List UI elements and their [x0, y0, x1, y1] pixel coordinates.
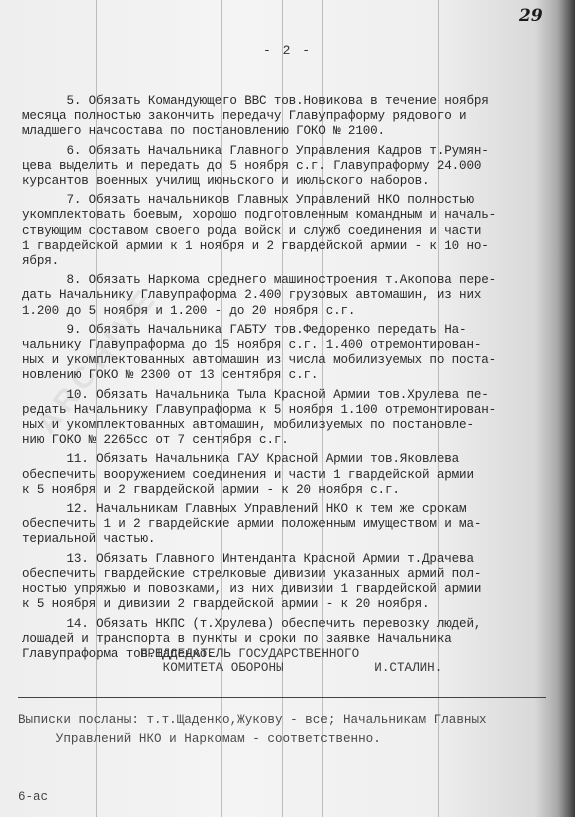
paragraph-line: цева выделить и передать до 5 ноября с.г… [22, 159, 562, 174]
distribution-line: Управлений НКО и Наркомам - соответствен… [18, 730, 487, 749]
paragraph-line: 12. Начальникам Главных Управлений НКО к… [22, 502, 562, 517]
paragraph-line: териальной частью. [22, 532, 562, 547]
decree-paragraph: 5. Обязать Командующего ВВС тов.Новикова… [22, 94, 562, 140]
decree-paragraph: 13. Обязать Главного Интенданта Красной … [22, 552, 562, 613]
document-page: ARCHIVE 29 - 2 - 5. Обязать Командующего… [0, 0, 575, 817]
signature-name: КОМИТЕТА ОБОРОНЫ И.СТАЛИН. [140, 661, 442, 675]
paragraph-line: младшего начсостава по постановлению ГОК… [22, 124, 562, 139]
paragraph-line: 9. Обязать Начальника ГАБТУ тов.Федоренк… [22, 323, 562, 338]
paragraph-line: 1 гвардейской армии к 1 ноября и 2 гвард… [22, 239, 562, 254]
paragraph-line: 8. Обязать Наркома среднего машиностроен… [22, 273, 562, 288]
paragraph-line: к 5 ноября и дивизии 2 гвардейской армии… [22, 597, 562, 612]
distribution-line: Выписки посланы: т.т.Щаденко,Жукову - вс… [18, 711, 487, 730]
paragraph-line: лошадей и транспорта в пункты и сроки по… [22, 632, 562, 647]
paragraph-line: 13. Обязать Главного Интенданта Красной … [22, 552, 562, 567]
paragraph-line: ностью упряжью и повозками, из них дивиз… [22, 582, 562, 597]
paragraph-line: 7. Обязать начальников Главных Управлени… [22, 193, 562, 208]
decree-paragraph: 7. Обязать начальников Главных Управлени… [22, 193, 562, 269]
decree-body: 5. Обязать Командующего ВВС тов.Новикова… [22, 94, 562, 666]
typist-code: 6-ас [18, 790, 48, 804]
decree-paragraph: 11. Обязать Начальника ГАУ Красной Армии… [22, 452, 562, 498]
divider-line [18, 697, 546, 698]
paragraph-line: редать Начальнику Главупраформа к 5 нояб… [22, 403, 562, 418]
paragraph-line: обеспечить гвардейские стрелковые дивизи… [22, 567, 562, 582]
paragraph-line: укомплектовать боевым, хорошо подготовле… [22, 208, 562, 223]
paragraph-line: месяца полностью закончить передачу Глав… [22, 109, 562, 124]
decree-paragraph: 8. Обязать Наркома среднего машиностроен… [22, 273, 562, 319]
paragraph-line: к 5 ноября и 2 гвардейской армии - к 20 … [22, 483, 562, 498]
paragraph-line: 6. Обязать Начальника Главного Управлени… [22, 144, 562, 159]
paragraph-line: ября. [22, 254, 562, 269]
paragraph-line: 1.200 до 5 ноября и 1.200 - до 20 ноября… [22, 304, 562, 319]
paragraph-line: 11. Обязать Начальника ГАУ Красной Армии… [22, 452, 562, 467]
paragraph-line: курсантов военных училищ июньского и июл… [22, 174, 562, 189]
paragraph-line: новлению ГОКО № 2300 от 13 сентября с.г. [22, 368, 562, 383]
paragraph-line: 5. Обязать Командующего ВВС тов.Новикова… [22, 94, 562, 109]
paragraph-line: 14. Обязать НКПС (т.Хрулева) обеспечить … [22, 617, 562, 632]
paragraph-line: дать Начальнику Главупраформа 2.400 груз… [22, 288, 562, 303]
decree-paragraph: 9. Обязать Начальника ГАБТУ тов.Федоренк… [22, 323, 562, 384]
distribution-note: Выписки посланы: т.т.Щаденко,Жукову - вс… [18, 711, 487, 749]
decree-paragraph: 10. Обязать Начальника Тыла Красной Арми… [22, 388, 562, 449]
paragraph-line: чальнику Главупраформа до 15 ноября с.г.… [22, 338, 562, 353]
page-marker: - 2 - [0, 43, 575, 58]
paragraph-line: обеспечить вооружением соединения и част… [22, 468, 562, 483]
paragraph-line: 10. Обязать Начальника Тыла Красной Арми… [22, 388, 562, 403]
paragraph-line: нию ГОКО № 2265сс от 7 сентября с.г. [22, 433, 562, 448]
decree-paragraph: 6. Обязать Начальника Главного Управлени… [22, 144, 562, 190]
paragraph-line: ных и укомплектованных автомашин, мобили… [22, 418, 562, 433]
paragraph-line: ствующим составом своего рода войск и сл… [22, 224, 562, 239]
paragraph-line: ных и укомплектованных автомашин из числ… [22, 353, 562, 368]
paragraph-line: обеспечить 1 и 2 гвардейские армии полож… [22, 517, 562, 532]
archive-page-number: 29 [519, 6, 543, 26]
decree-paragraph: 12. Начальникам Главных Управлений НКО к… [22, 502, 562, 548]
signature-block: ПРЕДСЕДАТЕЛЬ ГОСУДАРСТВЕННОГО КОМИТЕТА О… [140, 647, 442, 675]
signature-title: ПРЕДСЕДАТЕЛЬ ГОСУДАРСТВЕННОГО [140, 647, 442, 661]
